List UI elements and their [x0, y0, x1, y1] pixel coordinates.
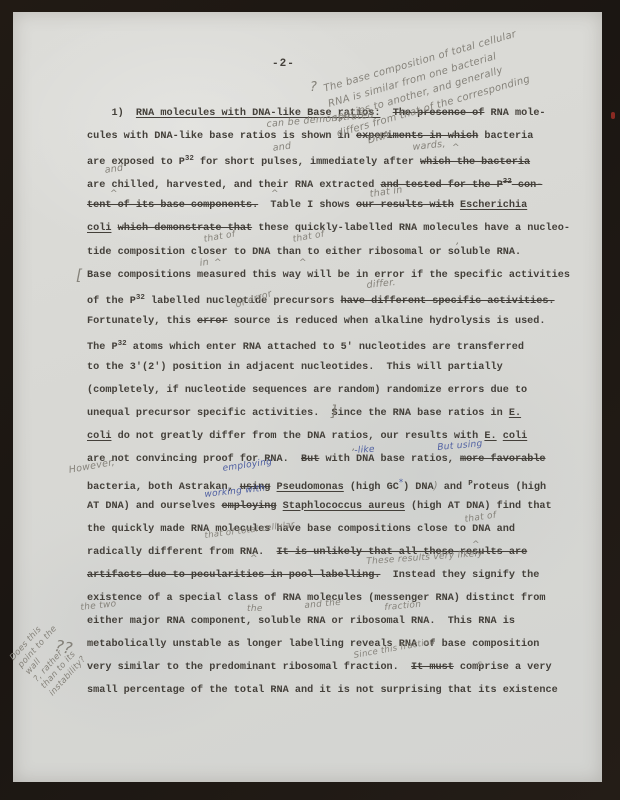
typed-segment: have different specific activities.	[341, 296, 555, 307]
typed-line: metabolically unstable as longer labelli…	[87, 633, 570, 656]
typed-segment: are chilled, harvested, and their RNA ex…	[87, 180, 380, 191]
typed-line: the quickly made RNA molecules have base…	[87, 518, 570, 541]
typed-segment: Pseudomonas	[277, 482, 344, 493]
typed-segment: RNA mole-	[484, 108, 545, 119]
red-speck	[611, 112, 615, 119]
typed-line: Base compositions measured this way will…	[87, 264, 570, 287]
manuscript-photo: -2- 1) RNA molecules with DNA-like Base …	[0, 0, 620, 800]
typed-line: bacteria, both Astrakan, using Pseudomon…	[87, 472, 570, 495]
typed-segment: comprise a very	[454, 662, 552, 673]
typed-segment: (completely, if nucleotide sequences are…	[87, 385, 527, 396]
typed-segment: cules with DNA-like base ratios is shown…	[87, 131, 356, 142]
typed-line: of the P32 labelled nucleotide precursor…	[87, 287, 570, 310]
typed-segment: of the P	[87, 296, 136, 307]
typed-segment: The presence of	[393, 108, 485, 119]
typed-line: radically different from RNA. It is unli…	[87, 541, 570, 564]
typed-segment: which demonstrate that	[118, 223, 253, 234]
typed-segment: coli	[87, 223, 111, 234]
typed-segment: (high AT DNA) find that	[405, 501, 552, 512]
typed-line: AT DNA) and ourselves employing Staphloc…	[87, 495, 570, 518]
typed-segment: labelled nucleotide precursors	[145, 296, 341, 307]
typed-segment: source is reduced when alkaline hydrolys…	[228, 316, 546, 327]
typed-line: small percentage of the total RNA and it…	[87, 679, 570, 702]
typed-segment: bacteria, both Astrakan,	[87, 482, 240, 493]
typed-line: 1) RNA molecules with DNA-like Base rati…	[87, 102, 570, 125]
typed-segment: Staphlococcus aureus	[283, 501, 405, 512]
typed-text: 1) RNA molecules with DNA-like Base rati…	[87, 102, 570, 702]
typed-segment: these quickly-labelled RNA molecules hav…	[252, 223, 570, 234]
typed-segment: more favorable	[460, 454, 546, 465]
typed-line: cules with DNA-like base ratios is shown…	[87, 125, 570, 148]
typed-segment: con-	[512, 180, 543, 191]
typed-segment: AT DNA) and ourselves	[87, 501, 222, 512]
typed-segment: Escherichia	[460, 200, 527, 211]
typed-segment: which the bacteria	[420, 157, 530, 168]
typed-line: to the 3'(2') position in adjacent nucle…	[87, 356, 570, 379]
typed-line: tent of its base components. Table I sho…	[87, 194, 570, 217]
typed-line: are chilled, harvested, and their RNA ex…	[87, 171, 570, 194]
typed-segment: either major RNA component, soluble RNA …	[87, 616, 515, 627]
typed-segment: for short pulses, immediately after	[194, 157, 420, 168]
typed-segment: Fortunately, this	[87, 316, 197, 327]
typed-segment: But	[301, 454, 319, 465]
page-number: -2-	[272, 58, 295, 70]
typed-segment: The P	[87, 342, 118, 353]
typed-segment: metabolically unstable as longer labelli…	[87, 639, 539, 650]
typed-line: coli do not greatly differ from the DNA …	[87, 425, 570, 448]
typed-segment: very similar to the predominant ribosoma…	[87, 662, 411, 673]
typed-segment: small percentage of the total RNA and it…	[87, 685, 558, 696]
typed-segment: bacteria	[478, 131, 533, 142]
typed-line: (completely, if nucleotide sequences are…	[87, 379, 570, 402]
typed-line: tide composition closer to DNA than to e…	[87, 241, 570, 264]
typed-segment: error	[197, 316, 228, 327]
typed-segment: coli	[87, 431, 111, 442]
typed-line: Fortunately, this error source is reduce…	[87, 310, 570, 333]
typed-segment: RNA molecules with DNA-like Base ratios:	[136, 108, 381, 119]
typed-segment: 32	[118, 340, 127, 348]
typed-segment: using	[240, 482, 271, 493]
typed-line: artifacts due to pecularities in pool la…	[87, 564, 570, 587]
typed-segment: Table I shows	[258, 200, 356, 211]
typed-segment: radically different from RNA.	[87, 547, 277, 558]
typed-segment: 1)	[87, 108, 136, 119]
typed-line: unequal precursor specific activities. S…	[87, 402, 570, 425]
typed-segment: It is unlikely that all these results ar…	[277, 547, 528, 558]
typed-segment: experiments in which	[356, 131, 478, 142]
typed-segment: the quickly made RNA molecules have base…	[87, 524, 515, 535]
typed-line: either major RNA component, soluble RNA …	[87, 610, 570, 633]
typed-segment: and tested for the P	[380, 180, 502, 191]
typed-segment: existence of a special class of RNA mole…	[87, 593, 546, 604]
typed-segment: ) DNA	[403, 482, 434, 493]
typed-segment: do not greatly differ from the DNA ratio…	[111, 431, 484, 442]
typed-segment: are exposed to P	[87, 157, 185, 168]
typed-segment: and	[438, 482, 469, 493]
typed-segment: coli	[503, 431, 527, 442]
typed-segment: Base compositions measured this way will…	[87, 270, 570, 281]
typed-line: existence of a special class of RNA mole…	[87, 587, 570, 610]
typed-segment: atoms which enter RNA attached to 5' nuc…	[127, 342, 524, 353]
typed-segment: roteus (high	[473, 482, 546, 493]
typed-segment: E.	[484, 431, 496, 442]
typed-segment: It must	[411, 662, 454, 673]
typed-line: very similar to the predominant ribosoma…	[87, 656, 570, 679]
typed-segment: unequal precursor specific activities. S…	[87, 408, 509, 419]
typed-line: are exposed to P32 for short pulses, imm…	[87, 148, 570, 171]
typed-segment: E.	[509, 408, 521, 419]
typed-segment: to the 3'(2') position in adjacent nucle…	[87, 362, 503, 373]
typed-segment: (high GC	[344, 482, 399, 493]
typed-segment	[380, 108, 392, 119]
typed-segment: 32	[136, 294, 145, 302]
typed-segment: our results with	[356, 200, 454, 211]
typed-segment: artifacts due to pecularities in pool la…	[87, 570, 380, 581]
typed-line: The P32 atoms which enter RNA attached t…	[87, 333, 570, 356]
typed-segment: tent of its base components.	[87, 200, 258, 211]
typed-segment: with DNA base ratios,	[319, 454, 460, 465]
typed-segment: 32	[503, 178, 512, 186]
typed-segment: 32	[185, 155, 194, 163]
typed-segment: tide composition closer to DNA than to e…	[87, 247, 521, 258]
typed-segment: are not convincing proof for RNA.	[87, 454, 301, 465]
typed-line: are not convincing proof for RNA. But wi…	[87, 448, 570, 471]
typed-segment: employing	[222, 501, 277, 512]
typed-segment: Instead they signify the	[380, 570, 539, 581]
typed-line: coli which demonstrate that these quickl…	[87, 217, 570, 240]
